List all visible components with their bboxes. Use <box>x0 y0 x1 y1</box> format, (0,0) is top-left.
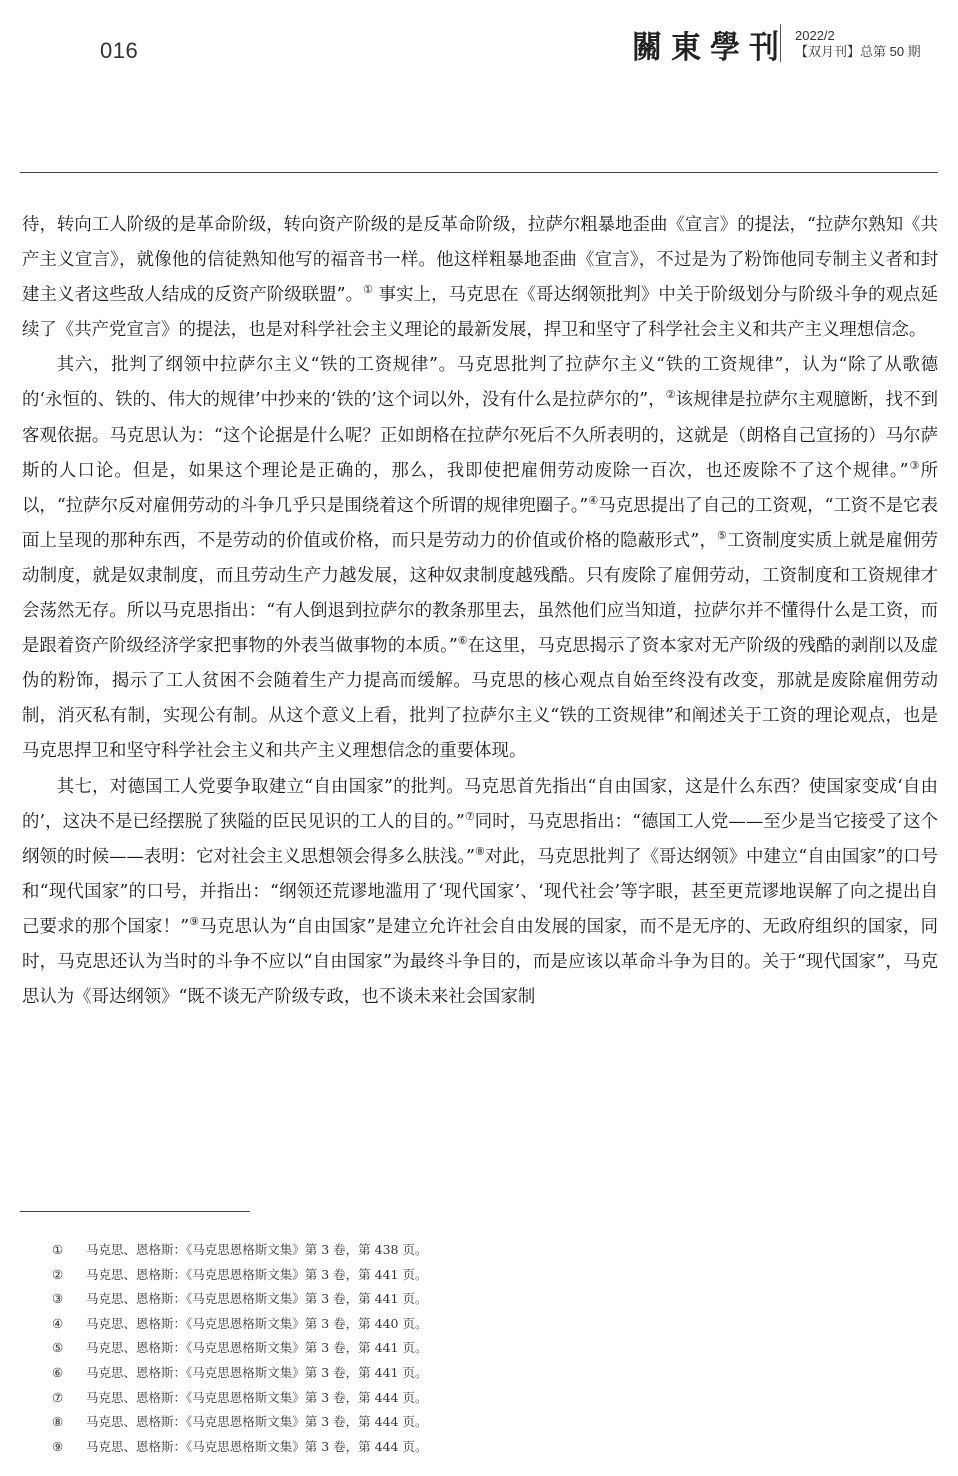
footnote-text: 马克思、恩格斯：《马克思恩格斯文集》第 3 卷，第 438 页。 <box>86 1238 427 1263</box>
paragraph: 其七，对德国工人党要争取建立“自由国家”的批判。马克思首先指出“自由国家，这是什… <box>22 770 938 1016</box>
footnote-reference[interactable]: ⑧ <box>475 845 485 858</box>
journal-masthead: 關東學刊 <box>632 21 788 67</box>
header-divider <box>780 24 781 62</box>
footnote-marker: ④ <box>52 1312 86 1337</box>
paragraph: 待，转向工人阶级的是革命阶级，转向资产阶级的是反革命阶级，拉萨尔粗暴地歪曲《宣言… <box>22 208 938 348</box>
footnote-rule <box>20 1211 250 1212</box>
footnote-marker: ③ <box>52 1287 86 1312</box>
footnote-item: ②马克思、恩格斯：《马克思恩格斯文集》第 3 卷，第 441 页。 <box>52 1263 427 1288</box>
footnote-text: 马克思、恩格斯：《马克思恩格斯文集》第 3 卷，第 444 页。 <box>86 1386 427 1411</box>
footnote-item: ⑥马克思、恩格斯：《马克思恩格斯文集》第 3 卷，第 441 页。 <box>52 1361 427 1386</box>
footnote-text: 马克思、恩格斯：《马克思恩格斯文集》第 3 卷，第 441 页。 <box>86 1263 427 1288</box>
footnote-item: ③马克思、恩格斯：《马克思恩格斯文集》第 3 卷，第 441 页。 <box>52 1287 427 1312</box>
footnote-item: ⑨马克思、恩格斯：《马克思恩格斯文集》第 3 卷，第 444 页。 <box>52 1435 427 1460</box>
issue-year: 2022/2 <box>795 28 921 44</box>
footnote-item: ①马克思、恩格斯：《马克思恩格斯文集》第 3 卷，第 438 页。 <box>52 1238 427 1263</box>
footnote-reference[interactable]: ⑥ <box>458 634 468 647</box>
footnote-text: 马克思、恩格斯：《马克思恩格斯文集》第 3 卷，第 441 页。 <box>86 1287 427 1312</box>
footnote-reference[interactable]: ⑦ <box>465 810 475 823</box>
footnote-text: 马克思、恩格斯：《马克思恩格斯文集》第 3 卷，第 444 页。 <box>86 1410 427 1435</box>
footnote-marker: ② <box>52 1263 86 1288</box>
footnote-reference[interactable]: ③ <box>909 459 921 472</box>
footnote-text: 马克思、恩格斯：《马克思恩格斯文集》第 3 卷，第 444 页。 <box>86 1435 427 1460</box>
footnote-marker: ⑨ <box>52 1435 86 1460</box>
page-number: 016 <box>100 38 138 64</box>
footnote-reference[interactable]: ⑤ <box>717 529 727 542</box>
paragraph: 其六，批判了纲领中拉萨尔主义“铁的工资规律”。马克思批判了拉萨尔主义“铁的工资规… <box>22 348 938 769</box>
footnote-marker: ① <box>52 1238 86 1263</box>
footnote-item: ⑤马克思、恩格斯：《马克思恩格斯文集》第 3 卷，第 441 页。 <box>52 1336 427 1361</box>
footnote-marker: ⑤ <box>52 1336 86 1361</box>
footnote-reference[interactable]: ④ <box>588 494 598 507</box>
footnote-reference[interactable]: ⑨ <box>189 915 199 928</box>
footnote-marker: ⑧ <box>52 1410 86 1435</box>
footnote-item: ⑦马克思、恩格斯：《马克思恩格斯文集》第 3 卷，第 444 页。 <box>52 1386 427 1411</box>
header-rule <box>20 172 938 173</box>
footnote-marker: ⑦ <box>52 1386 86 1411</box>
footnote-reference[interactable]: ① <box>363 283 373 296</box>
footnote-reference[interactable]: ② <box>666 389 676 402</box>
footnote-item: ④马克思、恩格斯：《马克思恩格斯文集》第 3 卷，第 440 页。 <box>52 1312 427 1337</box>
footnote-item: ⑧马克思、恩格斯：《马克思恩格斯文集》第 3 卷，第 444 页。 <box>52 1410 427 1435</box>
article-body: 待，转向工人阶级的是革命阶级，转向资产阶级的是反革命阶级，拉萨尔粗暴地歪曲《宣言… <box>22 208 938 1015</box>
footnotes-list: ①马克思、恩格斯：《马克思恩格斯文集》第 3 卷，第 438 页。②马克思、恩格… <box>52 1238 427 1459</box>
issue-info: 2022/2 【双月刊】总第 50 期 <box>795 28 921 60</box>
issue-detail: 【双月刊】总第 50 期 <box>795 44 921 60</box>
footnote-marker: ⑥ <box>52 1361 86 1386</box>
footnote-text: 马克思、恩格斯：《马克思恩格斯文集》第 3 卷，第 441 页。 <box>86 1361 427 1386</box>
footnote-text: 马克思、恩格斯：《马克思恩格斯文集》第 3 卷，第 441 页。 <box>86 1336 427 1361</box>
footnote-text: 马克思、恩格斯：《马克思恩格斯文集》第 3 卷，第 440 页。 <box>86 1312 427 1337</box>
